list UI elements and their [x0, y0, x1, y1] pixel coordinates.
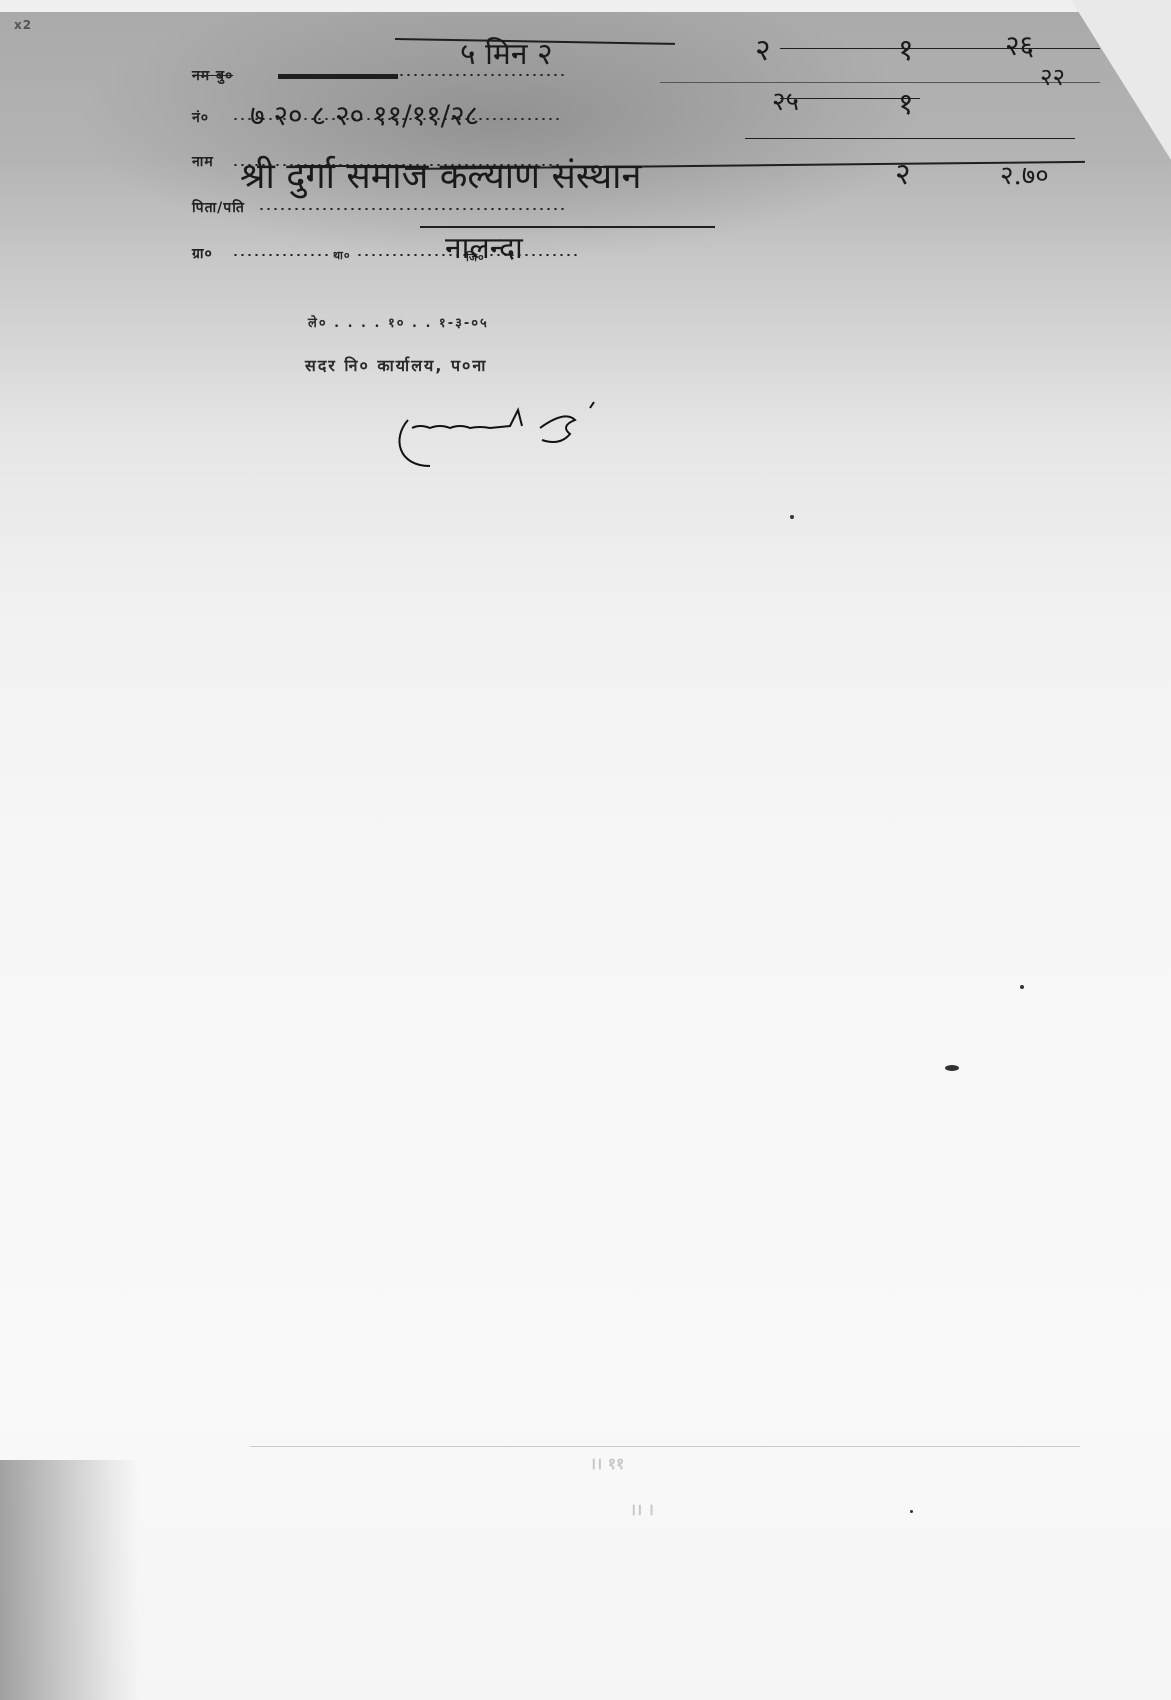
ink-speck — [1020, 985, 1024, 989]
field-label-thana: था० — [333, 248, 351, 263]
field-label-name: नाम — [192, 152, 214, 171]
field-value-district: नालन्दा — [445, 226, 523, 267]
dotted-line — [258, 208, 568, 210]
field-label-nam-bu: नम बु० — [192, 66, 233, 85]
bleed-through-line-2: ।। । — [630, 1498, 654, 1520]
right-entry-1-c: २६ — [1005, 26, 1034, 64]
field-label-father: पिता/पति — [192, 198, 245, 217]
scan-shadow — [0, 1460, 140, 1700]
bleed-through-line-1: ।। ११ — [590, 1452, 624, 1474]
header-note: ५ मिन २ — [460, 32, 553, 73]
strike-bar — [278, 74, 398, 79]
field-label-village: ग्रा० — [192, 244, 213, 263]
right-entry-2-c: २२ — [1040, 60, 1065, 93]
stamp-date-line: ले० . . . . १० . . १-३-०५ — [308, 313, 489, 331]
ink-speck — [790, 515, 794, 519]
right-entry-2-a: २५ — [772, 82, 799, 118]
right-entry-1-b: १ — [898, 28, 914, 69]
scanned-page: x2 ५ मिन २ नम बु० नं० ७ २० ८ २० ११/११/२८… — [0, 0, 1171, 1700]
right-rule — [780, 48, 1100, 49]
right-entry-1-a: २ — [755, 28, 771, 69]
right-entry-3-a: २ — [895, 152, 911, 193]
dotted-line — [232, 254, 332, 256]
dotted-line — [398, 74, 568, 76]
corner-mark: x2 — [14, 18, 32, 32]
field-label-number: नं० — [192, 108, 209, 127]
right-entry-3-c: २.७० — [1000, 156, 1049, 192]
ink-speck — [945, 1065, 959, 1071]
ink-speck — [910, 1510, 913, 1513]
folded-corner — [1071, 0, 1171, 160]
field-value-number: ७ २० ८ २० ११/११/२८ — [250, 96, 479, 134]
signature-icon — [390, 398, 650, 478]
right-entry-2-b: १ — [898, 82, 914, 123]
field-value-name: श्री दुर्गा समाज कल्याण संस्थान — [240, 150, 641, 199]
stamp-office: सदर नि० कार्यालय, प०ना — [305, 354, 487, 376]
scan-top-margin — [0, 0, 1171, 12]
faint-rule — [250, 1446, 1080, 1447]
right-rule — [660, 82, 1100, 83]
right-rule — [745, 138, 1075, 139]
